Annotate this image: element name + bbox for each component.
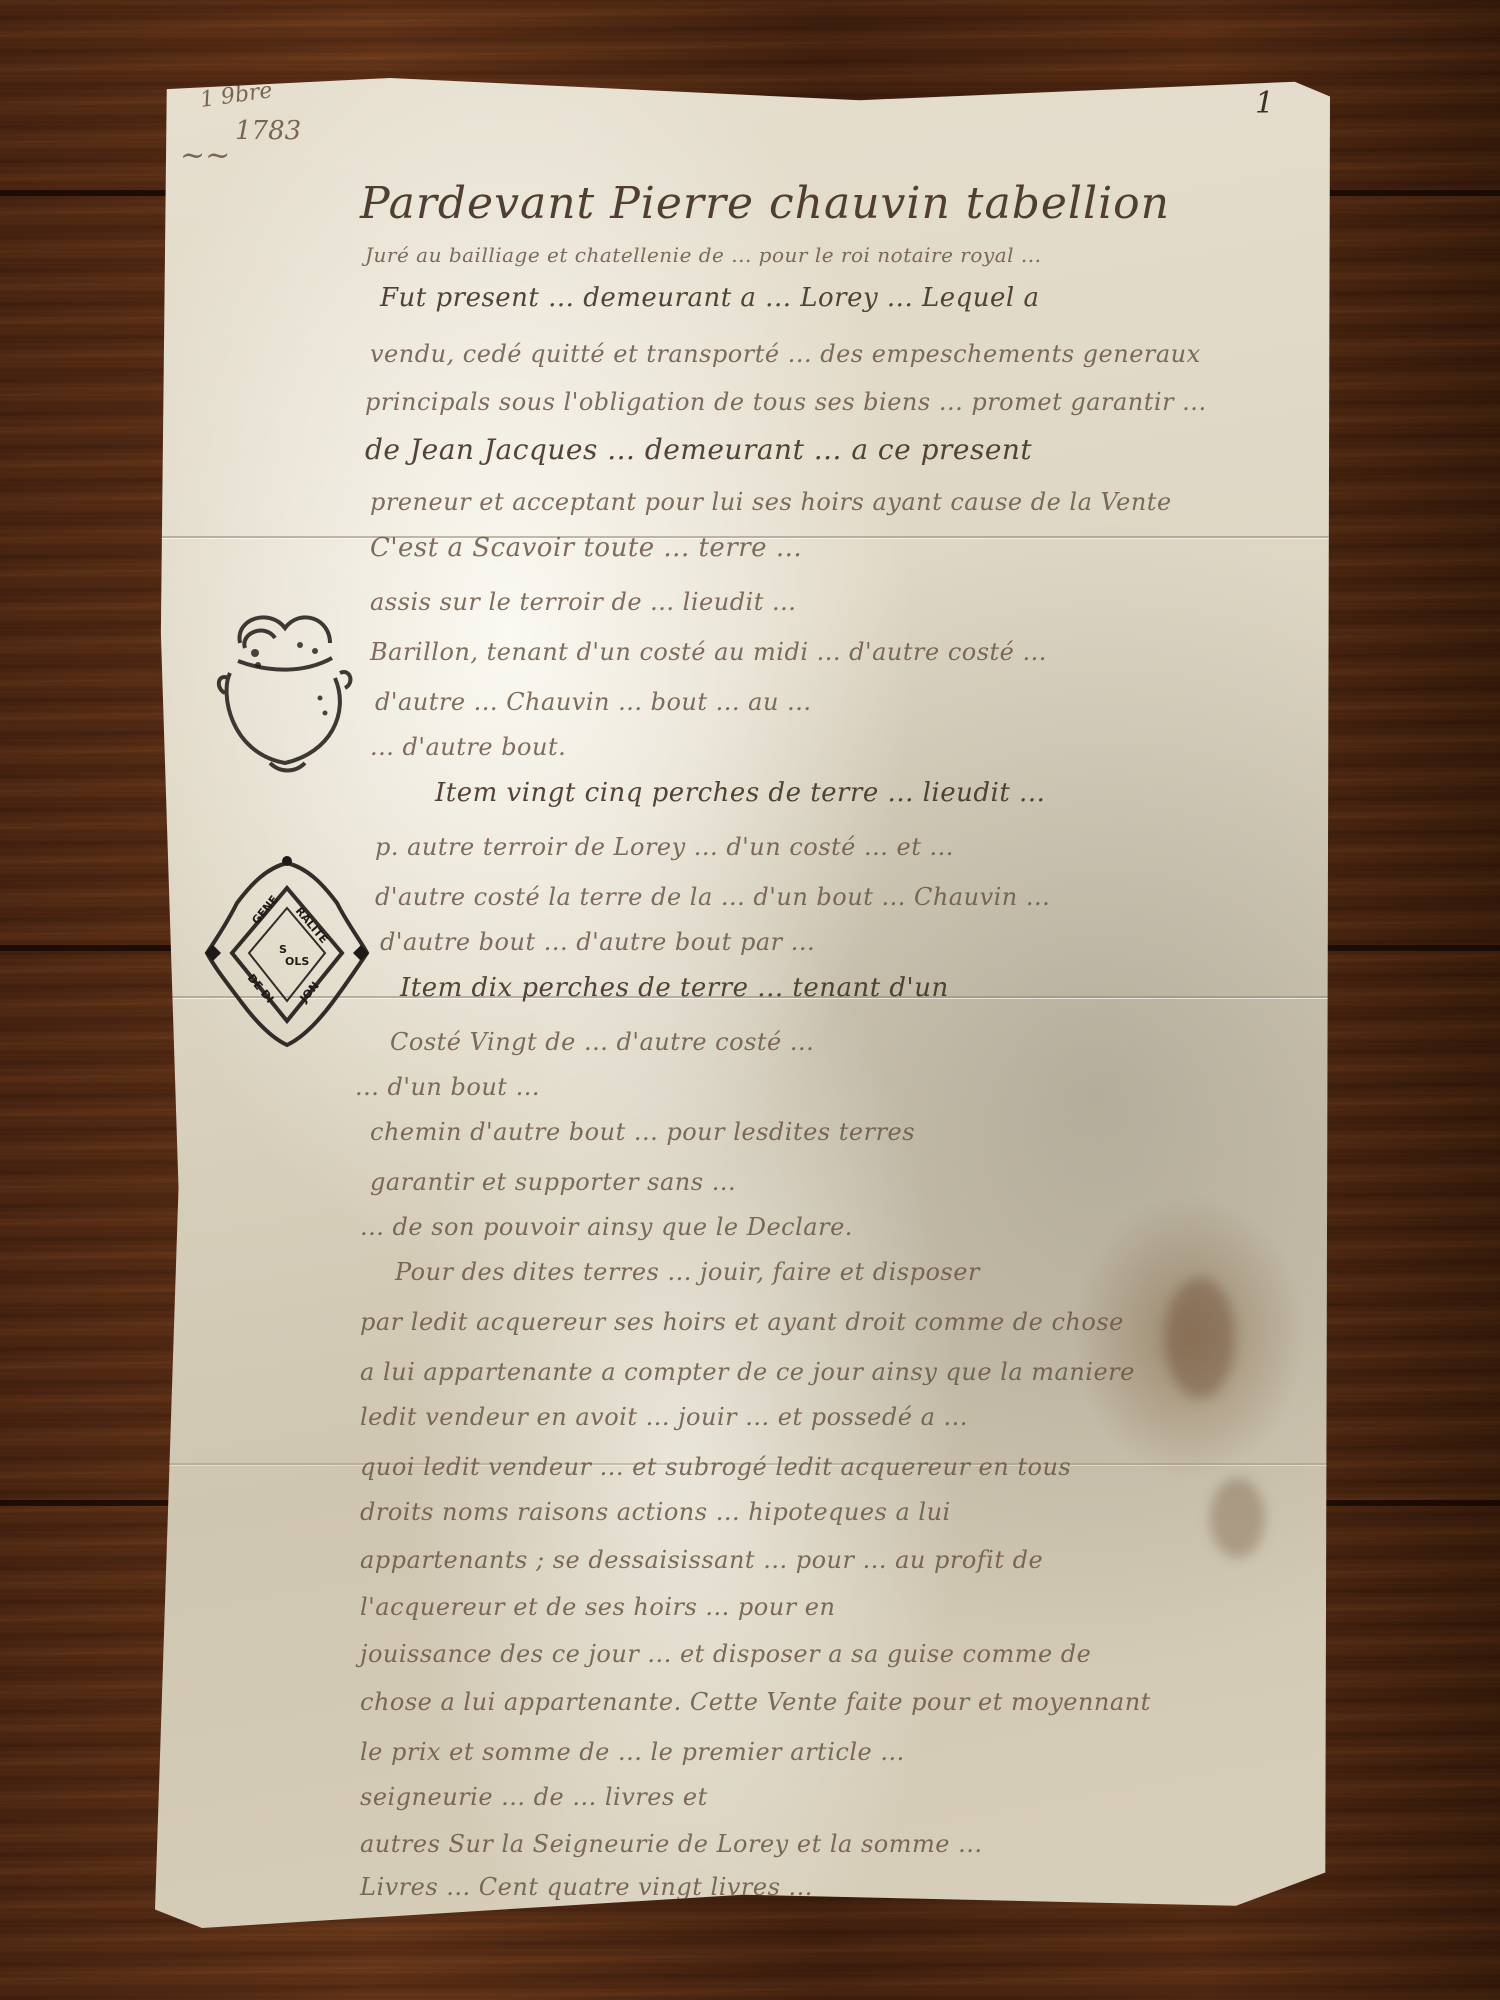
- svg-text:RALITE: RALITE: [293, 905, 331, 946]
- text-line: ... d'un bout ...: [355, 1073, 540, 1101]
- amount-underline: [945, 1908, 1095, 1910]
- text-line: chose a lui appartenante. Cette Vente fa…: [360, 1688, 1151, 1716]
- text-line: Costé Vingt de ... d'autre costé ...: [390, 1028, 814, 1056]
- margin-note-flourish: ~~: [180, 138, 230, 173]
- text-line: Barillon, tenant d'un costé au midi ... …: [370, 638, 1047, 666]
- cartouche-stamp-icon: [210, 603, 360, 778]
- text-line: p. autre terroir de Lorey ... d'un costé…: [375, 833, 954, 861]
- ink-stain: [1210, 1478, 1265, 1558]
- svg-text:OLS: OLS: [285, 955, 309, 968]
- text-line: appartenants ; se dessaisissant ... pour…: [360, 1546, 1043, 1574]
- text-line: Item vingt cinq perches de terre ... lie…: [435, 778, 1045, 808]
- text-line: Livres ... Cent quatre vingt livres ...: [360, 1873, 813, 1901]
- text-line: autres Sur la Seigneurie de Lorey et la …: [360, 1830, 982, 1858]
- text-line: ... de son pouvoir ainsy que le Declare.: [360, 1213, 853, 1241]
- text-line: principals sous l'obligation de tous ses…: [365, 388, 1207, 416]
- margin-note-month: 1 9bre: [199, 78, 274, 113]
- text-line: Juré au bailliage et chatellenie de ... …: [365, 243, 1041, 267]
- text-line: le prix et somme de ... le premier artic…: [360, 1738, 905, 1766]
- ink-stain: [1165, 1278, 1235, 1398]
- text-line: d'autre costé la terre de la ... d'un bo…: [375, 883, 1050, 911]
- text-line: a lui appartenante a compter de ce jour …: [360, 1358, 1135, 1386]
- text-line: par ledit acquereur ses hoirs et ayant d…: [360, 1308, 1124, 1336]
- text-line: C'est a Scavoir toute ... terre ...: [370, 533, 802, 563]
- text-line: jouissance des ce jour ... et disposer a…: [360, 1640, 1091, 1668]
- text-line: quoi ledit vendeur ... et subrogé ledit …: [360, 1453, 1071, 1481]
- text-line: preneur et acceptant pour lui ses hoirs …: [370, 488, 1172, 516]
- diamond-stamp-icon: GENE RALITE DE DI JON S OLS: [197, 853, 377, 1053]
- text-line: Pour des dites terres ... jouir, faire e…: [395, 1258, 980, 1286]
- svg-text:DE DI: DE DI: [245, 972, 277, 1006]
- text-line: de Jean Jacques ... demeurant ... a ce p…: [365, 433, 1032, 466]
- text-line: garantir et supporter sans ...: [370, 1168, 736, 1196]
- text-line: droits noms raisons actions ... hipotequ…: [360, 1498, 951, 1526]
- text-line: Fut present ... demeurant a ... Lorey ..…: [380, 283, 1040, 313]
- text-line: d'autre ... Chauvin ... bout ... au ...: [375, 688, 811, 716]
- parchment-document: 1 9bre 1783 ~~ 1 Pardevant Pierre chauvi…: [155, 78, 1330, 1928]
- text-line: assis sur le terroir de ... lieudit ...: [370, 588, 796, 616]
- text-line: d'autre bout ... d'autre bout par ...: [380, 928, 815, 956]
- text-line: seigneurie ... de ... livres et: [360, 1783, 708, 1811]
- text-line: chemin d'autre bout ... pour lesdites te…: [370, 1118, 915, 1146]
- folio-number: 1: [1255, 86, 1274, 121]
- text-line: l'acquereur et de ses hoirs ... pour en: [360, 1593, 835, 1621]
- text-line: Item dix perches de terre ... tenant d'u…: [400, 973, 949, 1003]
- amount-underline: [675, 1908, 905, 1910]
- text-line: vendu, cedé quitté et transporté ... des…: [370, 340, 1201, 368]
- margin-note-year: 1783: [235, 116, 301, 146]
- text-line: ... d'autre bout.: [370, 733, 566, 761]
- document-heading: Pardevant Pierre chauvin tabellion: [360, 178, 1170, 229]
- text-line: ledit vendeur en avoit ... jouir ... et …: [360, 1403, 968, 1431]
